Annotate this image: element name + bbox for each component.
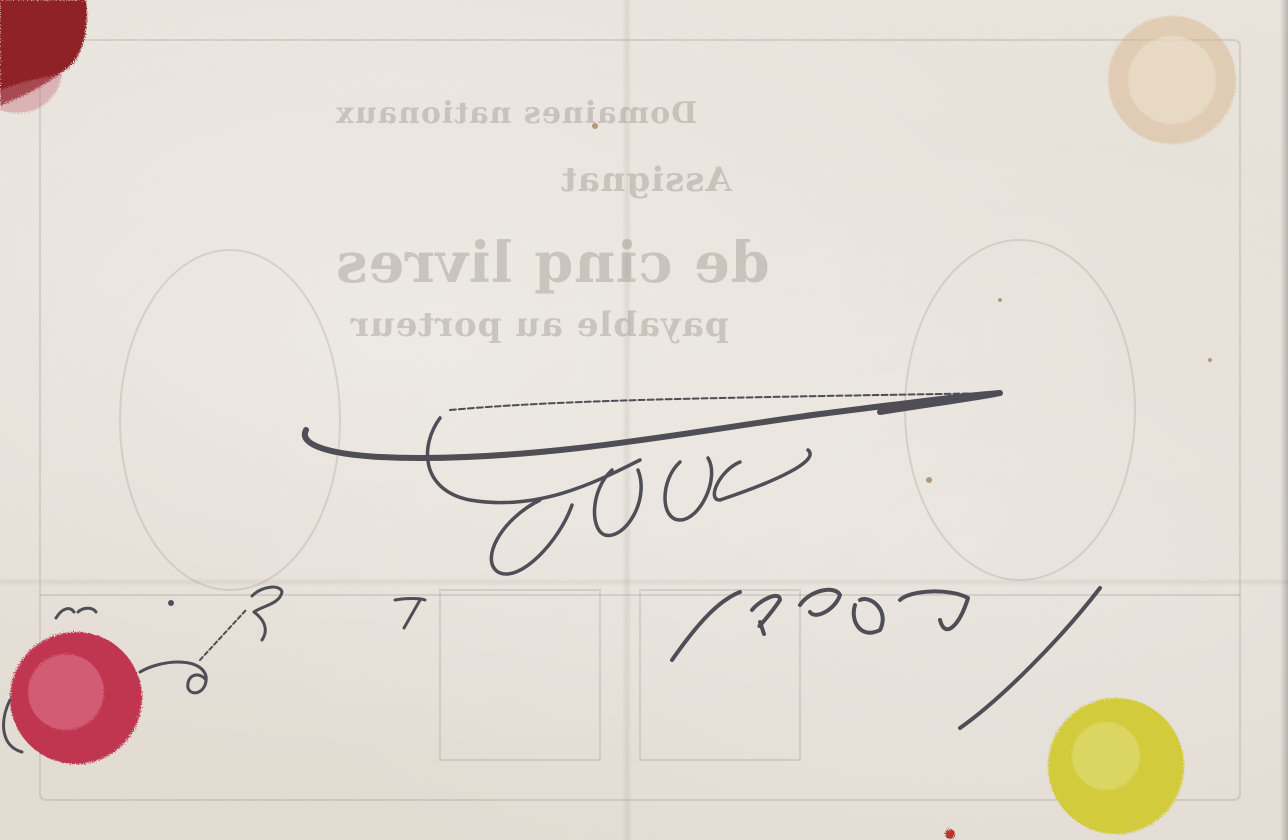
- seal-highlight: [28, 654, 104, 730]
- artwork-layer: [0, 0, 1288, 840]
- ink-dot: [169, 601, 174, 606]
- bottom-red-dot-icon: [945, 829, 955, 839]
- yellow-highlight: [1072, 722, 1140, 790]
- stain-center: [1128, 36, 1216, 124]
- document-photo: Domaines nationaux Assignat de cinq livr…: [0, 0, 1288, 840]
